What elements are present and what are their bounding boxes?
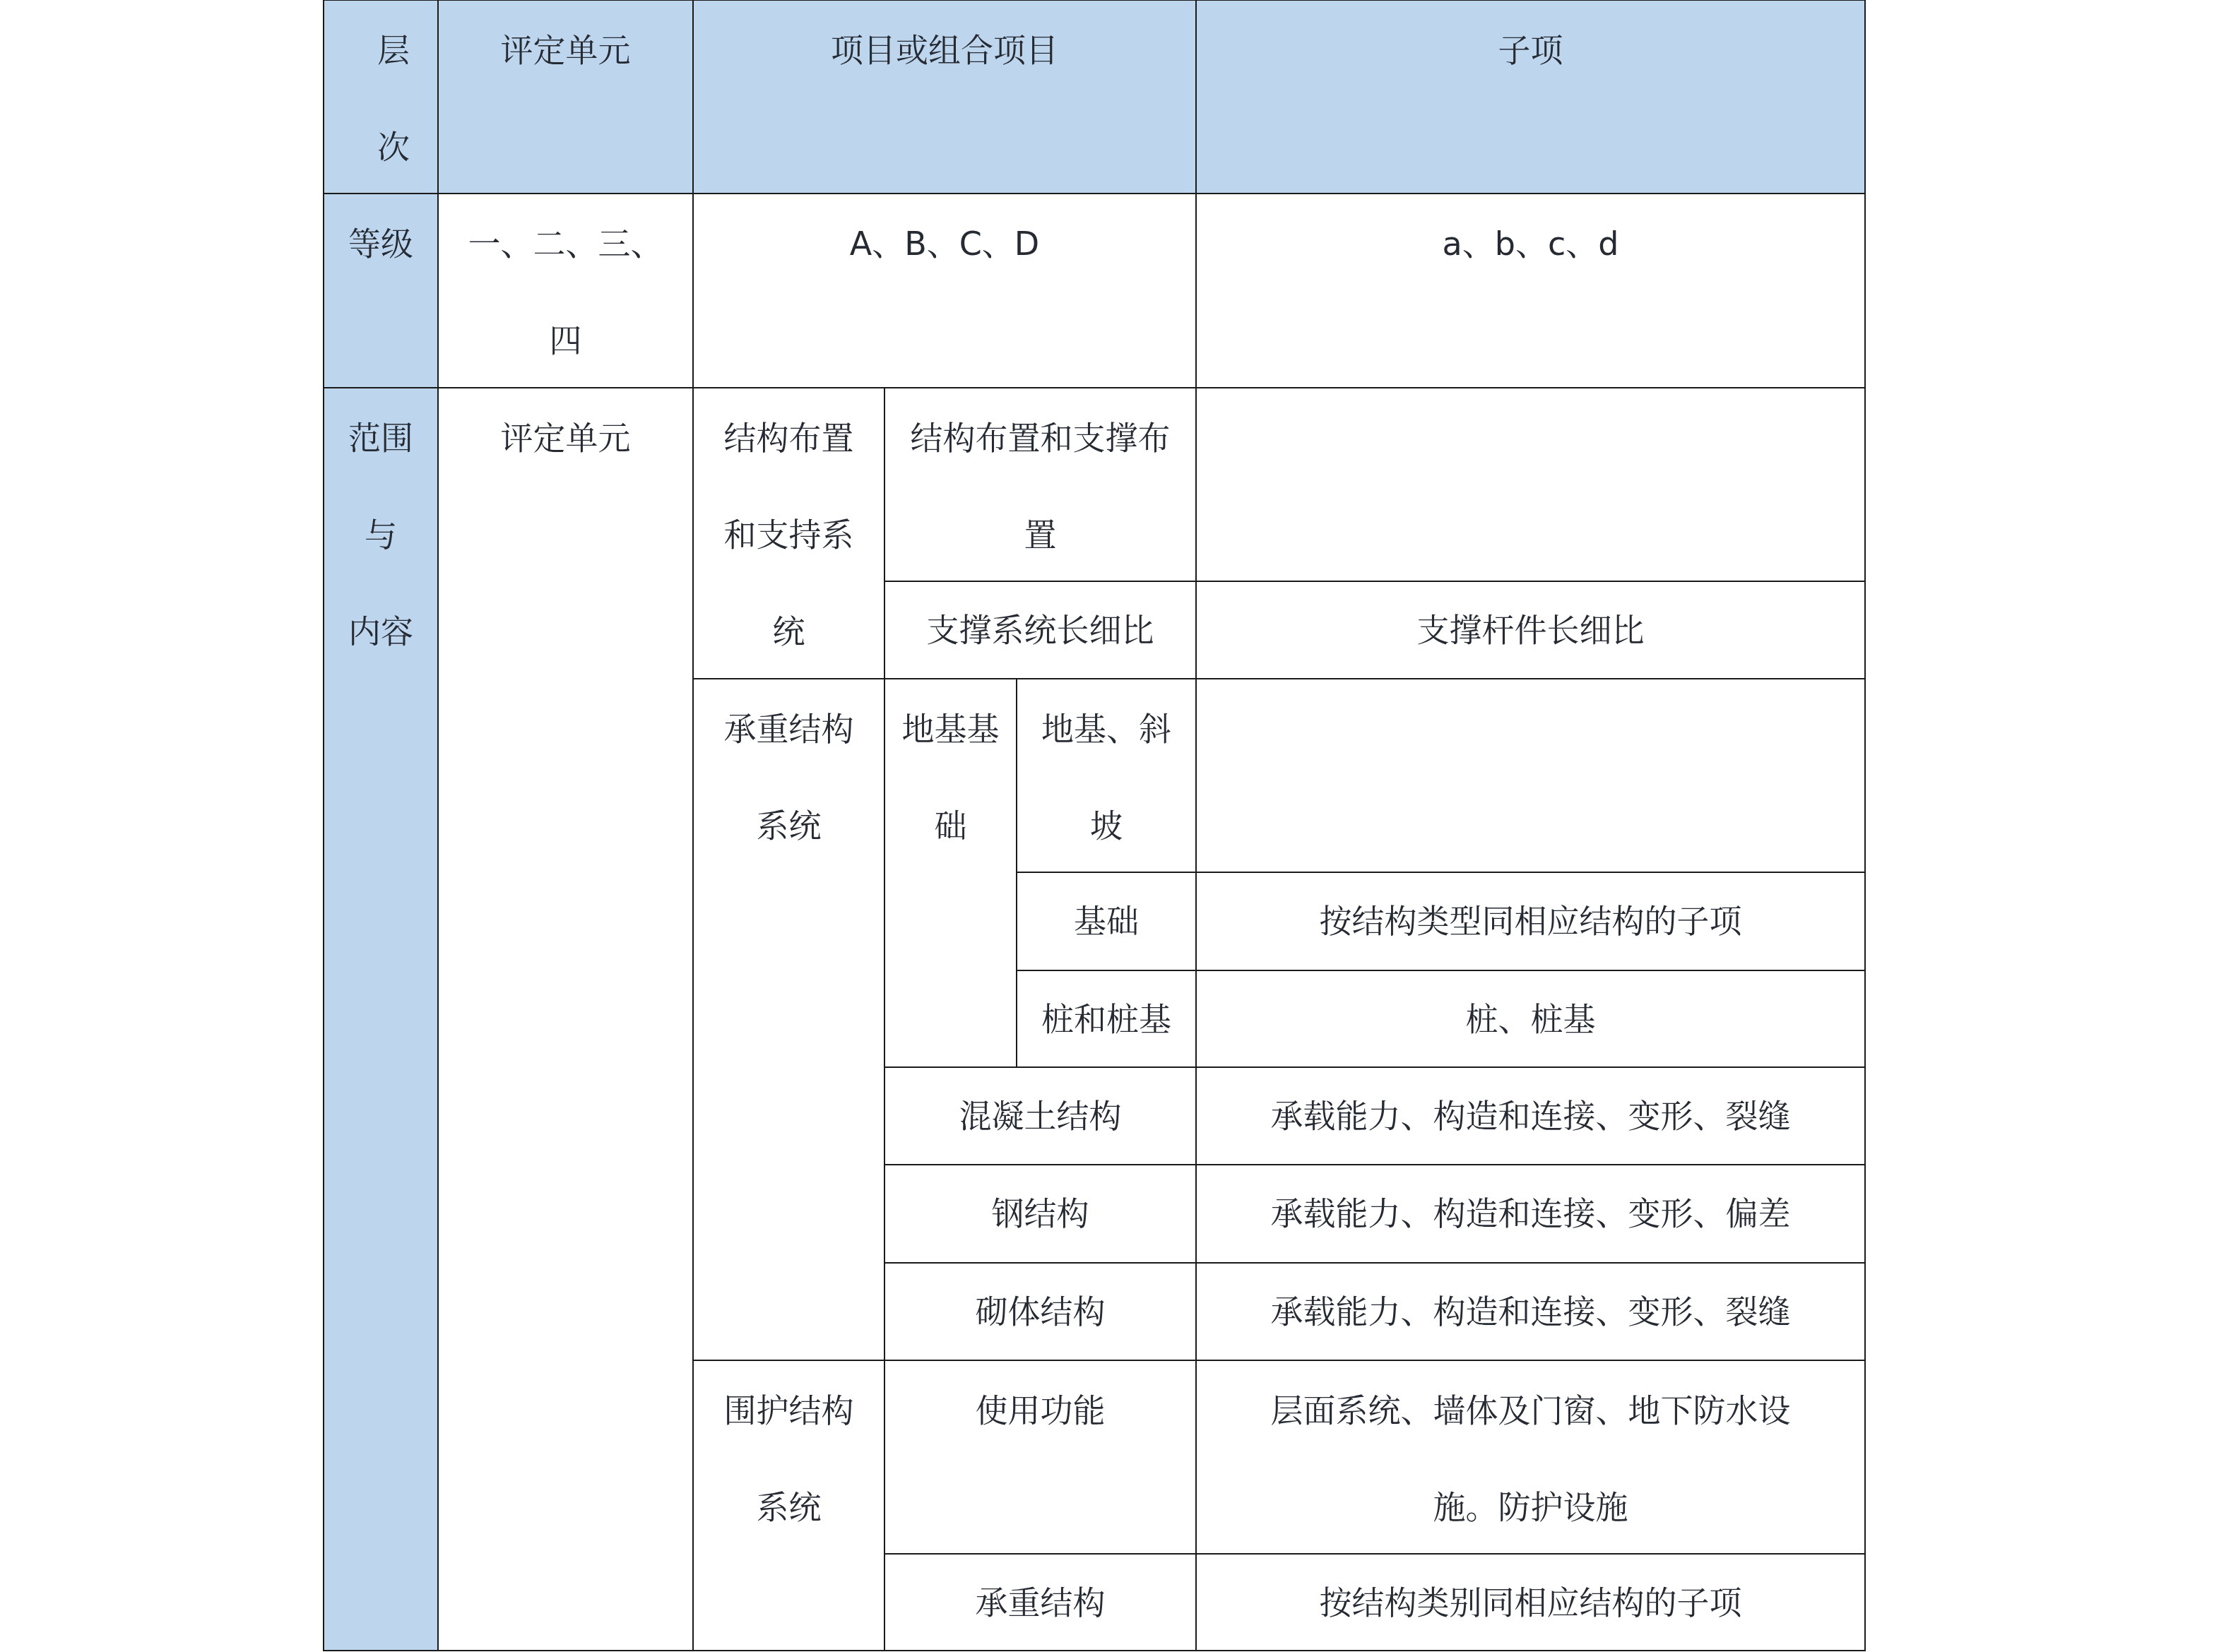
item-bracing-slenderness: 支撑系统长细比 (884, 581, 1197, 679)
item-concrete-text: 混凝土结构 (896, 1068, 1184, 1165)
subitem-steel: 承载能力、构造和连接、变形、偏差 (1195, 1164, 1866, 1264)
item-foundation: 基础 (1016, 872, 1197, 971)
scope-label-text: 范围 与 内容 (336, 390, 426, 680)
item-bracing-slenderness-text: 支撑系统长细比 (896, 582, 1184, 679)
subitem-usage-function: 层面系统、墙体及门窗、地下防水设 施。防护设施 (1195, 1360, 1866, 1555)
grade-subitem-text: a、b、c、d (1208, 196, 1853, 292)
subitem-bracing-slenderness-text: 支撑杆件长细比 (1208, 582, 1853, 679)
subitem-steel-text: 承载能力、构造和连接、变形、偏差 (1208, 1165, 1853, 1262)
item-subgrade-slope: 地基、斜 坡 (1016, 678, 1197, 873)
item-piles-text: 桩和桩基 (1023, 971, 1190, 1068)
grade-label: 等级 (323, 193, 439, 388)
item-layout-bracing-text: 结构布置和支撑布 置 (896, 390, 1184, 582)
header-subitem: 子项 (1195, 0, 1866, 194)
grade-unit: 一、二、三、 四 (437, 193, 694, 388)
evaluation-hierarchy-table: 层 次 评定单元 项目或组合项目 子项 等级 一、二、三、 四 A、B、C、D … (0, 0, 2231, 1652)
subitem-concrete: 承载能力、构造和连接、变形、裂缝 (1195, 1066, 1866, 1165)
item-steel: 钢结构 (884, 1164, 1197, 1264)
item-enclosure-load-bearing-text: 承重结构 (896, 1555, 1184, 1651)
group-layout-support-text: 结构布置 和支持系 统 (705, 390, 872, 679)
subitem-piles: 桩、桩基 (1195, 970, 1866, 1068)
group-load-bearing: 承重结构 系统 (692, 678, 885, 1361)
subitem-usage-function-text: 层面系统、墙体及门窗、地下防水设 施。防护设施 (1208, 1362, 1853, 1555)
item-masonry: 砌体结构 (884, 1262, 1197, 1361)
item-masonry-text: 砌体结构 (896, 1264, 1184, 1360)
item-enclosure-load-bearing: 承重结构 (884, 1553, 1197, 1651)
item-subgrade-slope-text: 地基、斜 坡 (1023, 681, 1190, 873)
grade-label-text: 等级 (336, 196, 426, 292)
group-layout-support: 结构布置 和支持系 统 (692, 387, 885, 679)
header-item-text: 项目或组合项目 (705, 2, 1184, 99)
grade-subitem: a、b、c、d (1195, 193, 1866, 388)
header-unit: 评定单元 (437, 0, 694, 194)
group-load-bearing-text: 承重结构 系统 (705, 681, 872, 874)
item-concrete: 混凝土结构 (884, 1066, 1197, 1165)
subitem-layout-bracing (1195, 387, 1866, 582)
foundation-group-text: 地基基 础 (891, 681, 1010, 874)
header-item: 项目或组合项目 (692, 0, 1197, 194)
subitem-masonry-text: 承载能力、构造和连接、变形、裂缝 (1208, 1264, 1853, 1360)
group-enclosure-text: 围护结构 系统 (705, 1362, 872, 1556)
subitem-enclosure-load-bearing: 按结构类别同相应结构的子项 (1195, 1553, 1866, 1651)
scope-unit-text: 评定单元 (450, 390, 681, 487)
subitem-piles-text: 桩、桩基 (1208, 971, 1853, 1068)
item-usage-function: 使用功能 (884, 1360, 1197, 1555)
scope-label: 范围 与 内容 (323, 387, 439, 1651)
subitem-bracing-slenderness: 支撑杆件长细比 (1195, 581, 1866, 679)
subitem-concrete-text: 承载能力、构造和连接、变形、裂缝 (1208, 1068, 1853, 1165)
subitem-masonry: 承载能力、构造和连接、变形、裂缝 (1195, 1262, 1866, 1361)
header-subitem-text: 子项 (1208, 2, 1853, 99)
item-foundation-text: 基础 (1023, 873, 1190, 970)
subitem-foundation: 按结构类型同相应结构的子项 (1195, 872, 1866, 971)
grade-item-text: A、B、C、D (705, 196, 1184, 292)
grade-unit-text: 一、二、三、 四 (450, 196, 681, 388)
subitem-subgrade-slope (1195, 678, 1866, 873)
item-layout-bracing: 结构布置和支撑布 置 (884, 387, 1197, 582)
header-level-text: 层 次 (336, 2, 426, 194)
subitem-foundation-text: 按结构类型同相应结构的子项 (1208, 873, 1853, 970)
group-enclosure: 围护结构 系统 (692, 1360, 885, 1651)
grade-item: A、B、C、D (692, 193, 1197, 388)
scope-unit: 评定单元 (437, 387, 694, 1651)
subitem-enclosure-load-bearing-text: 按结构类别同相应结构的子项 (1208, 1555, 1853, 1651)
item-usage-function-text: 使用功能 (896, 1362, 1184, 1459)
item-steel-text: 钢结构 (896, 1165, 1184, 1262)
foundation-group: 地基基 础 (884, 678, 1017, 1068)
item-piles: 桩和桩基 (1016, 970, 1197, 1068)
header-unit-text: 评定单元 (450, 2, 681, 99)
header-level: 层 次 (323, 0, 439, 194)
